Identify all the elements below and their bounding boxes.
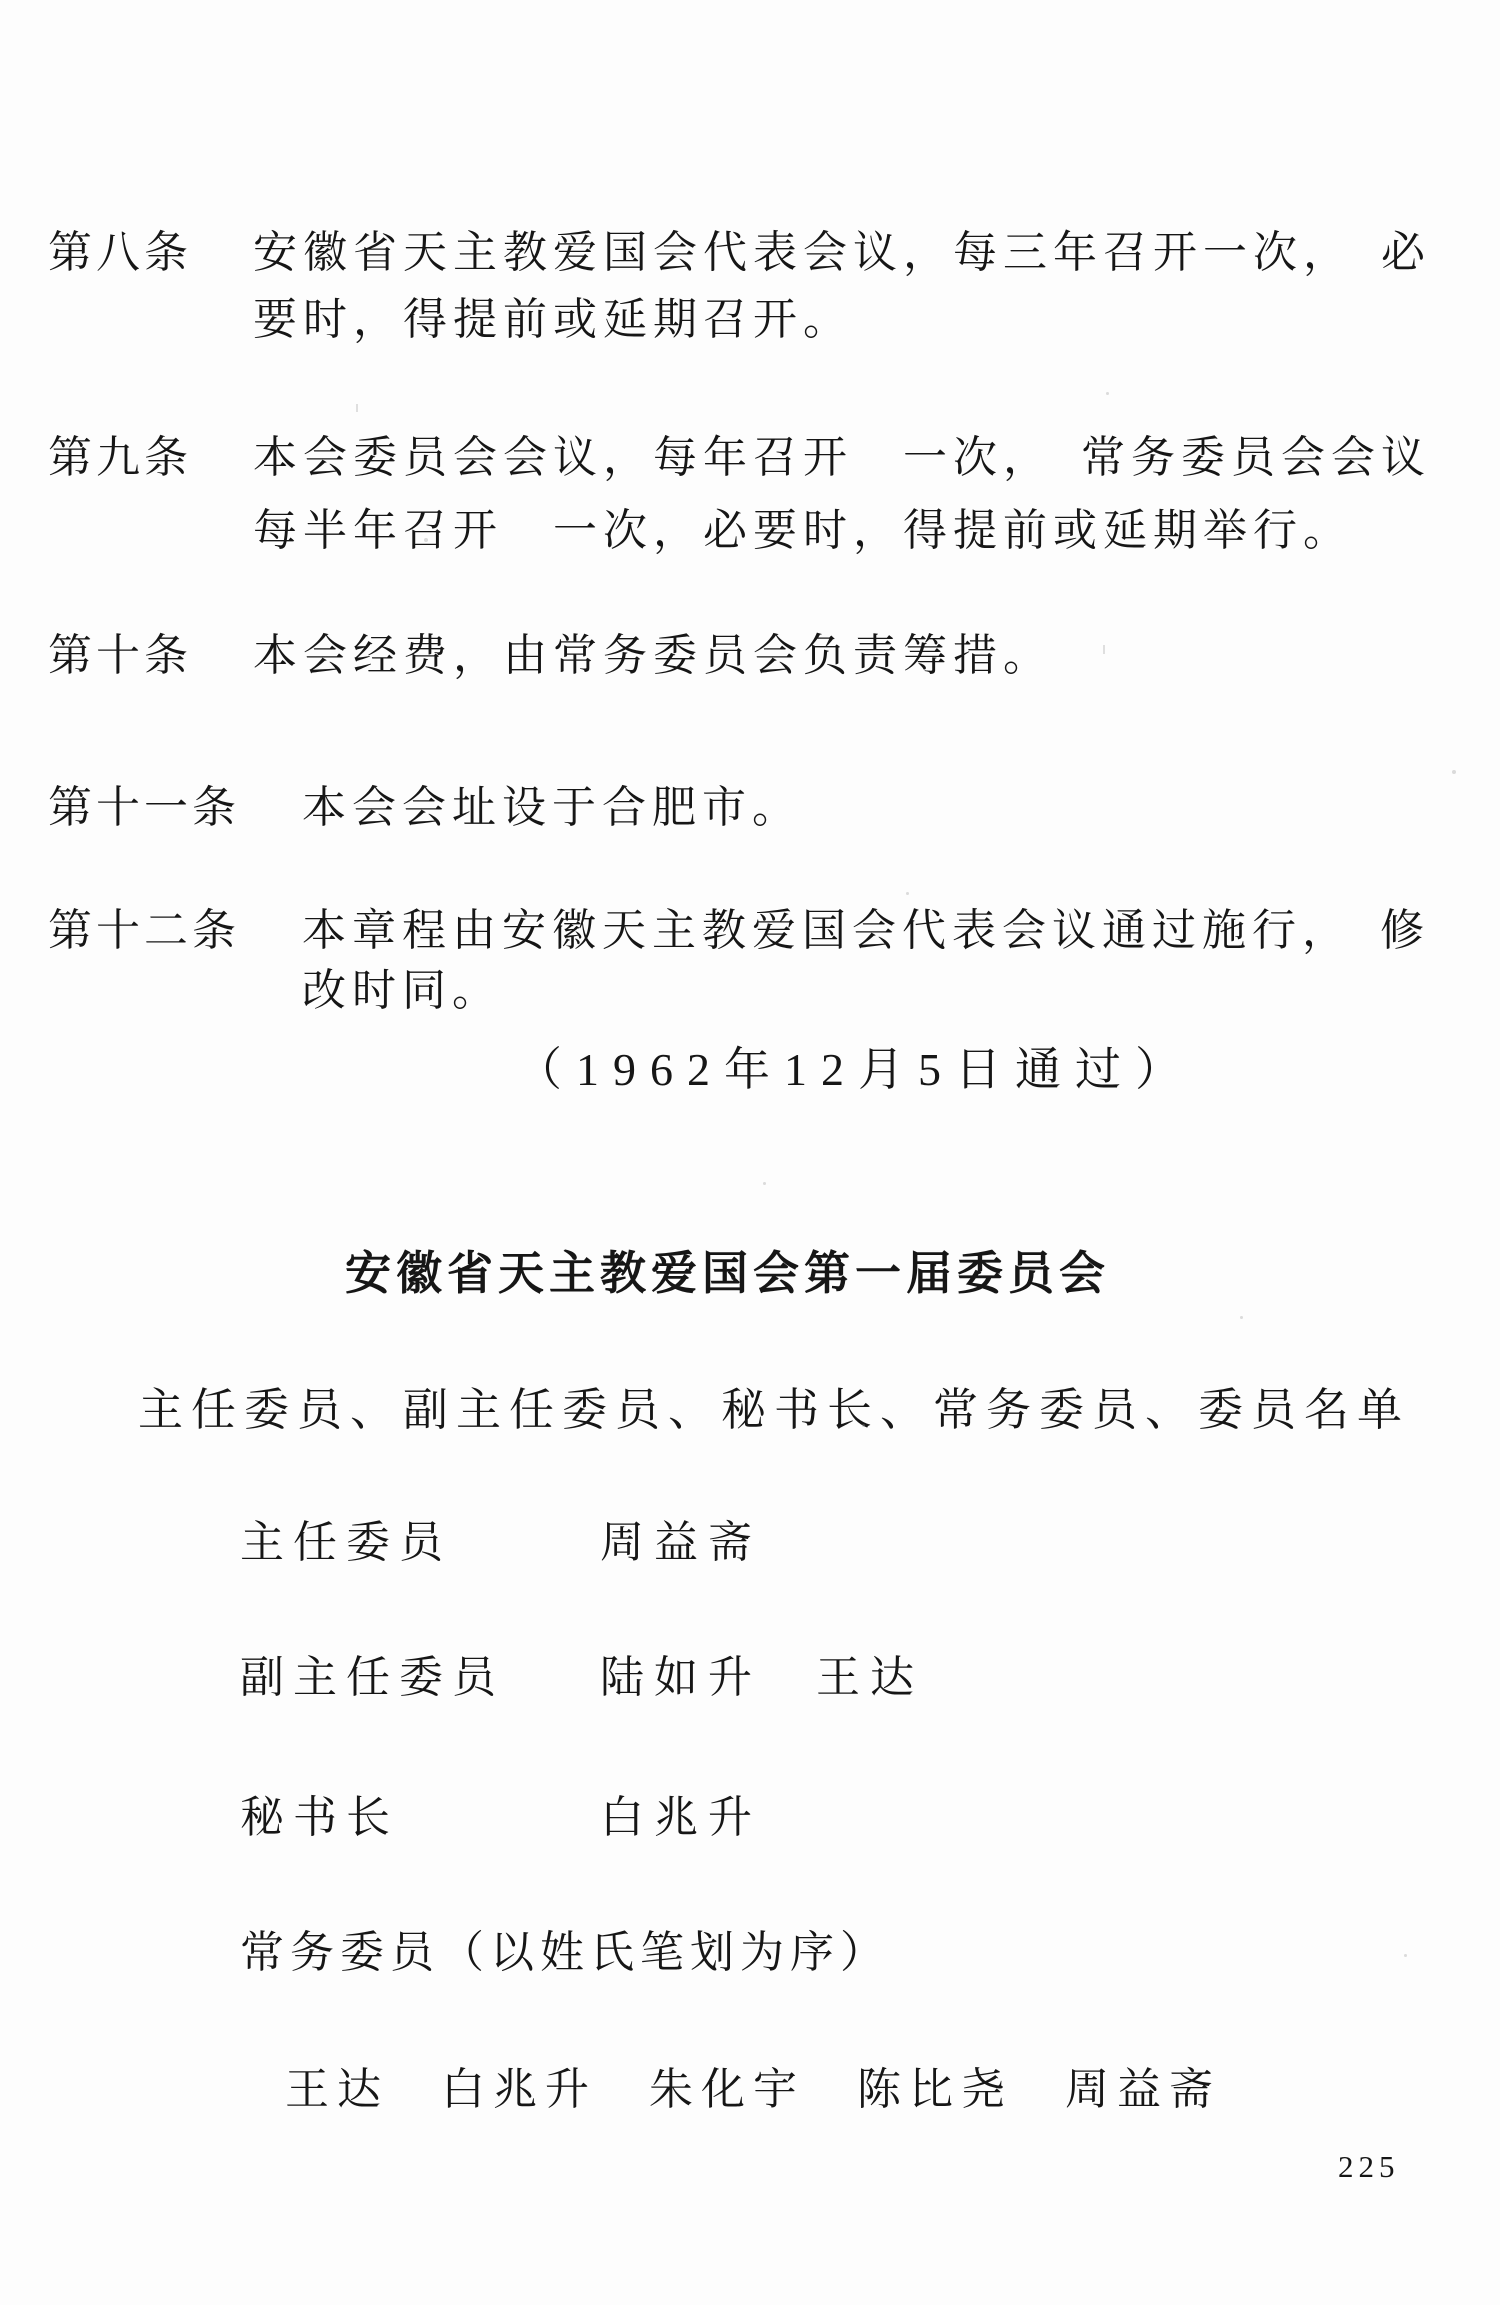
roster-heading: 主任委员、副主任委员、秘书长、常务委员、委员名单 [138,1383,1410,1437]
scan-speck [906,892,909,895]
roster-row-vice-chairman-names: 陆如升 王达 [600,1652,924,1705]
article-9-line-1: 本会委员会会议，每年召开 一次， 常务委员会会议 [253,432,1431,485]
scan-speck [1404,1954,1407,1957]
roster-row-vice-chairman-role: 副主任委员 [240,1652,505,1705]
article-8-line-2: 要时，得提前或延期召开。 [253,294,853,347]
article-10-label: 第十条 [48,630,192,683]
standing-committee-names: 王达 白兆升 朱化宇 陈比尧 周益斋 [285,2064,1221,2117]
scan-speck [1106,392,1109,395]
scan-speck [1240,1316,1243,1319]
scan-dash [356,404,358,412]
scan-speck [862,1424,865,1427]
scan-dash [1103,645,1105,654]
roster-row-chairman-names: 周益斋 [600,1517,762,1570]
page-number: 225 [1338,2148,1400,2185]
article-12-line-2: 改时同。 [302,965,502,1018]
roster-row-secretary-general-names: 白兆升 [600,1792,762,1845]
article-10-line-1: 本会经费，由常务委员会负责筹措。 [253,630,1053,683]
article-11-line-1: 本会会址设于合肥市。 [302,782,802,835]
roster-row-chairman-role: 主任委员 [240,1517,452,1570]
roster-row-secretary-general-role: 秘书长 [240,1792,399,1845]
article-12-line-1: 本章程由安徽天主教爱国会代表会议通过施行， 修 [302,905,1430,958]
adoption-date-note: （1962年12月5日通过） [516,1042,1195,1097]
article-9-line-2: 每半年召开 一次，必要时，得提前或延期举行。 [253,505,1353,558]
article-12-label: 第十二条 [48,905,240,958]
scan-speck [424,538,428,542]
committee-title: 安徽省天主教爱国会第一届委员会 [345,1246,1110,1301]
article-9-label: 第九条 [48,432,192,485]
article-8-label: 第八条 [48,227,192,280]
article-8-line-1: 安徽省天主教爱国会代表会议，每三年召开一次， 必 [253,227,1431,280]
article-11-label: 第十一条 [48,782,240,835]
standing-committee-label: 常务委员（以姓氏笔划为序） [240,1927,890,1980]
scan-speck [763,1182,766,1185]
scan-speck [1452,770,1456,774]
scanned-document-page: 第八条 安徽省天主教爱国会代表会议，每三年召开一次， 必 要时，得提前或延期召开… [0,0,1500,2305]
